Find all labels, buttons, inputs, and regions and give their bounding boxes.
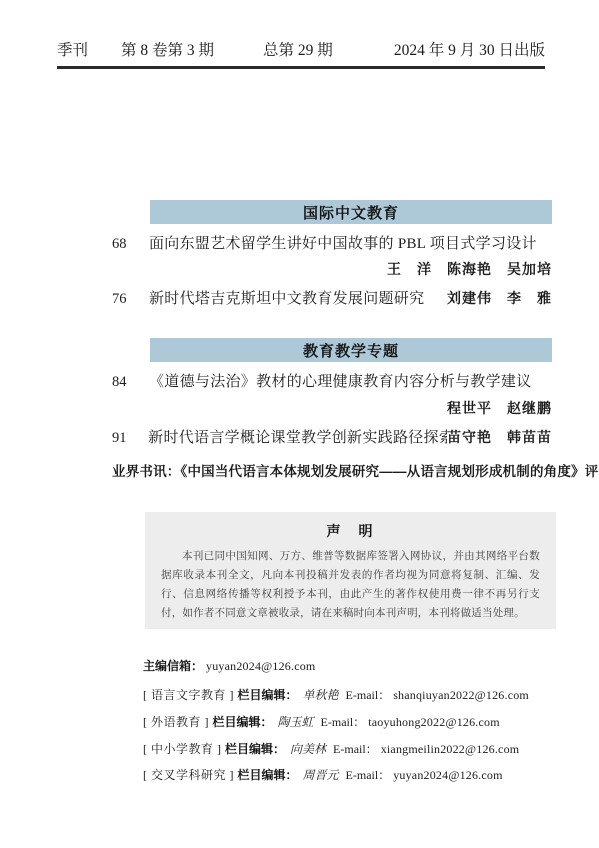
frequency-label: 季刊 (57, 38, 88, 60)
toc-entry-91: 91 新时代语言学概论课堂教学创新实践路径探索 苗守艳 韩苗苗 (112, 426, 552, 447)
toc-entry-68-authors: 王 洋 陈海艳 吴加培 (112, 259, 552, 279)
toc-entry-76: 76 新时代塔吉克斯坦中文教育发展问题研究 刘建伟 李 雅 (112, 287, 552, 308)
column-editor-label: 栏目编辑： (238, 768, 298, 782)
editor-email: yuyan2024@126.com (393, 768, 502, 782)
copyright-notice-box: 声 明 本刊已同中国知网、万方、维普等数据库签署入网协议，并由其网络平台数据库收… (145, 512, 556, 629)
editor-email: xiangmeilin2022@126.com (381, 742, 520, 756)
article-authors: 程世平 赵继鹏 (447, 398, 552, 418)
page-number: 91 (112, 430, 148, 447)
notice-body: 本刊已同中国知网、万方、维普等数据库签署入网协议，并由其网络平台数据库收录本刊全… (161, 547, 540, 623)
chief-editor-email: yuyan2024@126.com (206, 659, 315, 673)
toc-entry-84: 84 《道德与法治》教材的心理健康教育内容分析与教学建议 (112, 370, 552, 391)
email-label: E-mail： (346, 768, 391, 782)
email-label: E-mail： (333, 742, 378, 756)
editor-name: 周晋元 (303, 768, 339, 782)
section-title: 国际中文教育 (303, 202, 399, 223)
toc-entry-68: 68 面向东盟艺术留学生讲好中国故事的 PBL 项目式学习设计 (112, 232, 552, 253)
column-name: [ 交叉学科研究 ] (143, 768, 238, 782)
toc-entry-84-authors: 程世平 赵继鹏 (112, 398, 552, 418)
volume-issue-label: 第 8 卷第 3 期 (121, 38, 214, 60)
section-title: 教育教学专题 (303, 340, 399, 361)
editor-email: shanqiuyan2022@126.com (393, 688, 529, 702)
editor-name: 向美林 (290, 742, 326, 756)
column-editor-row-primary-secondary: [ 中小学教育 ] 栏目编辑： 向美林 E-mail： xiangmeilin2… (143, 740, 569, 757)
article-title: 新时代语言学概论课堂教学创新实践路径探索 (148, 426, 447, 447)
article-authors: 刘建伟 李 雅 (447, 288, 552, 308)
chief-editor-label: 主编信箱： (143, 659, 203, 673)
column-editor-label: 栏目编辑： (238, 688, 298, 702)
column-editor-row-foreign-language: [ 外语教育 ] 栏目编辑： 陶玉虹 E-mail： taoyuhong2022… (143, 713, 569, 730)
editor-email: taoyuhong2022@126.com (368, 715, 500, 729)
masthead-divider-rule (57, 66, 545, 69)
column-editor-label: 栏目编辑： (213, 715, 273, 729)
email-label: E-mail： (321, 715, 366, 729)
column-name: [ 语言文字教育 ] (143, 688, 238, 702)
page-number: 68 (112, 236, 149, 253)
column-name: [ 中小学教育 ] (143, 742, 225, 756)
chief-editor-mailbox-row: 主编信箱： yuyan2024@126.com (143, 657, 569, 674)
publish-date-label: 2024 年 9 月 30 日出版 (394, 38, 545, 60)
article-authors: 王 洋 陈海艳 吴加培 (387, 259, 552, 279)
section-header-international-chinese-education: 国际中文教育 (150, 200, 552, 224)
column-name: [ 外语教育 ] (143, 715, 213, 729)
notice-title: 声 明 (161, 521, 540, 541)
industry-book-news-row: 业界书讯：《中国当代语言本体规划发展研究——从语言规划形成机制的角度》评介 尹小… (112, 460, 552, 480)
column-editor-row-interdisciplinary: [ 交叉学科研究 ] 栏目编辑： 周晋元 E-mail： yuyan2024@1… (143, 766, 569, 783)
cumulative-issue-label: 总第 29 期 (263, 38, 333, 60)
journal-toc-page: 季刊 第 8 卷第 3 期 总第 29 期 2024 年 9 月 30 日出版 … (0, 0, 599, 848)
column-editor-row-language-writing: [ 语言文字教育 ] 栏目编辑： 单秋艳 E-mail： shanqiuyan2… (143, 686, 569, 703)
page-number: 76 (112, 291, 149, 308)
article-authors: 苗守艳 韩苗苗 (447, 427, 552, 447)
column-editor-label: 栏目编辑： (225, 742, 285, 756)
editor-name: 单秋艳 (303, 688, 339, 702)
page-number: 84 (112, 374, 149, 391)
article-title: 《道德与法治》教材的心理健康教育内容分析与教学建议 (149, 370, 552, 391)
email-label: E-mail： (346, 688, 391, 702)
book-news-text: 业界书讯：《中国当代语言本体规划发展研究——从语言规划形成机制的角度》评介 (112, 460, 599, 480)
masthead: 季刊 第 8 卷第 3 期 总第 29 期 2024 年 9 月 30 日出版 (57, 38, 545, 60)
editor-name: 陶玉虹 (278, 715, 314, 729)
article-title: 面向东盟艺术留学生讲好中国故事的 PBL 项目式学习设计 (149, 232, 552, 253)
section-header-education-teaching-topics: 教育教学专题 (150, 338, 552, 362)
article-title: 新时代塔吉克斯坦中文教育发展问题研究 (149, 287, 447, 308)
